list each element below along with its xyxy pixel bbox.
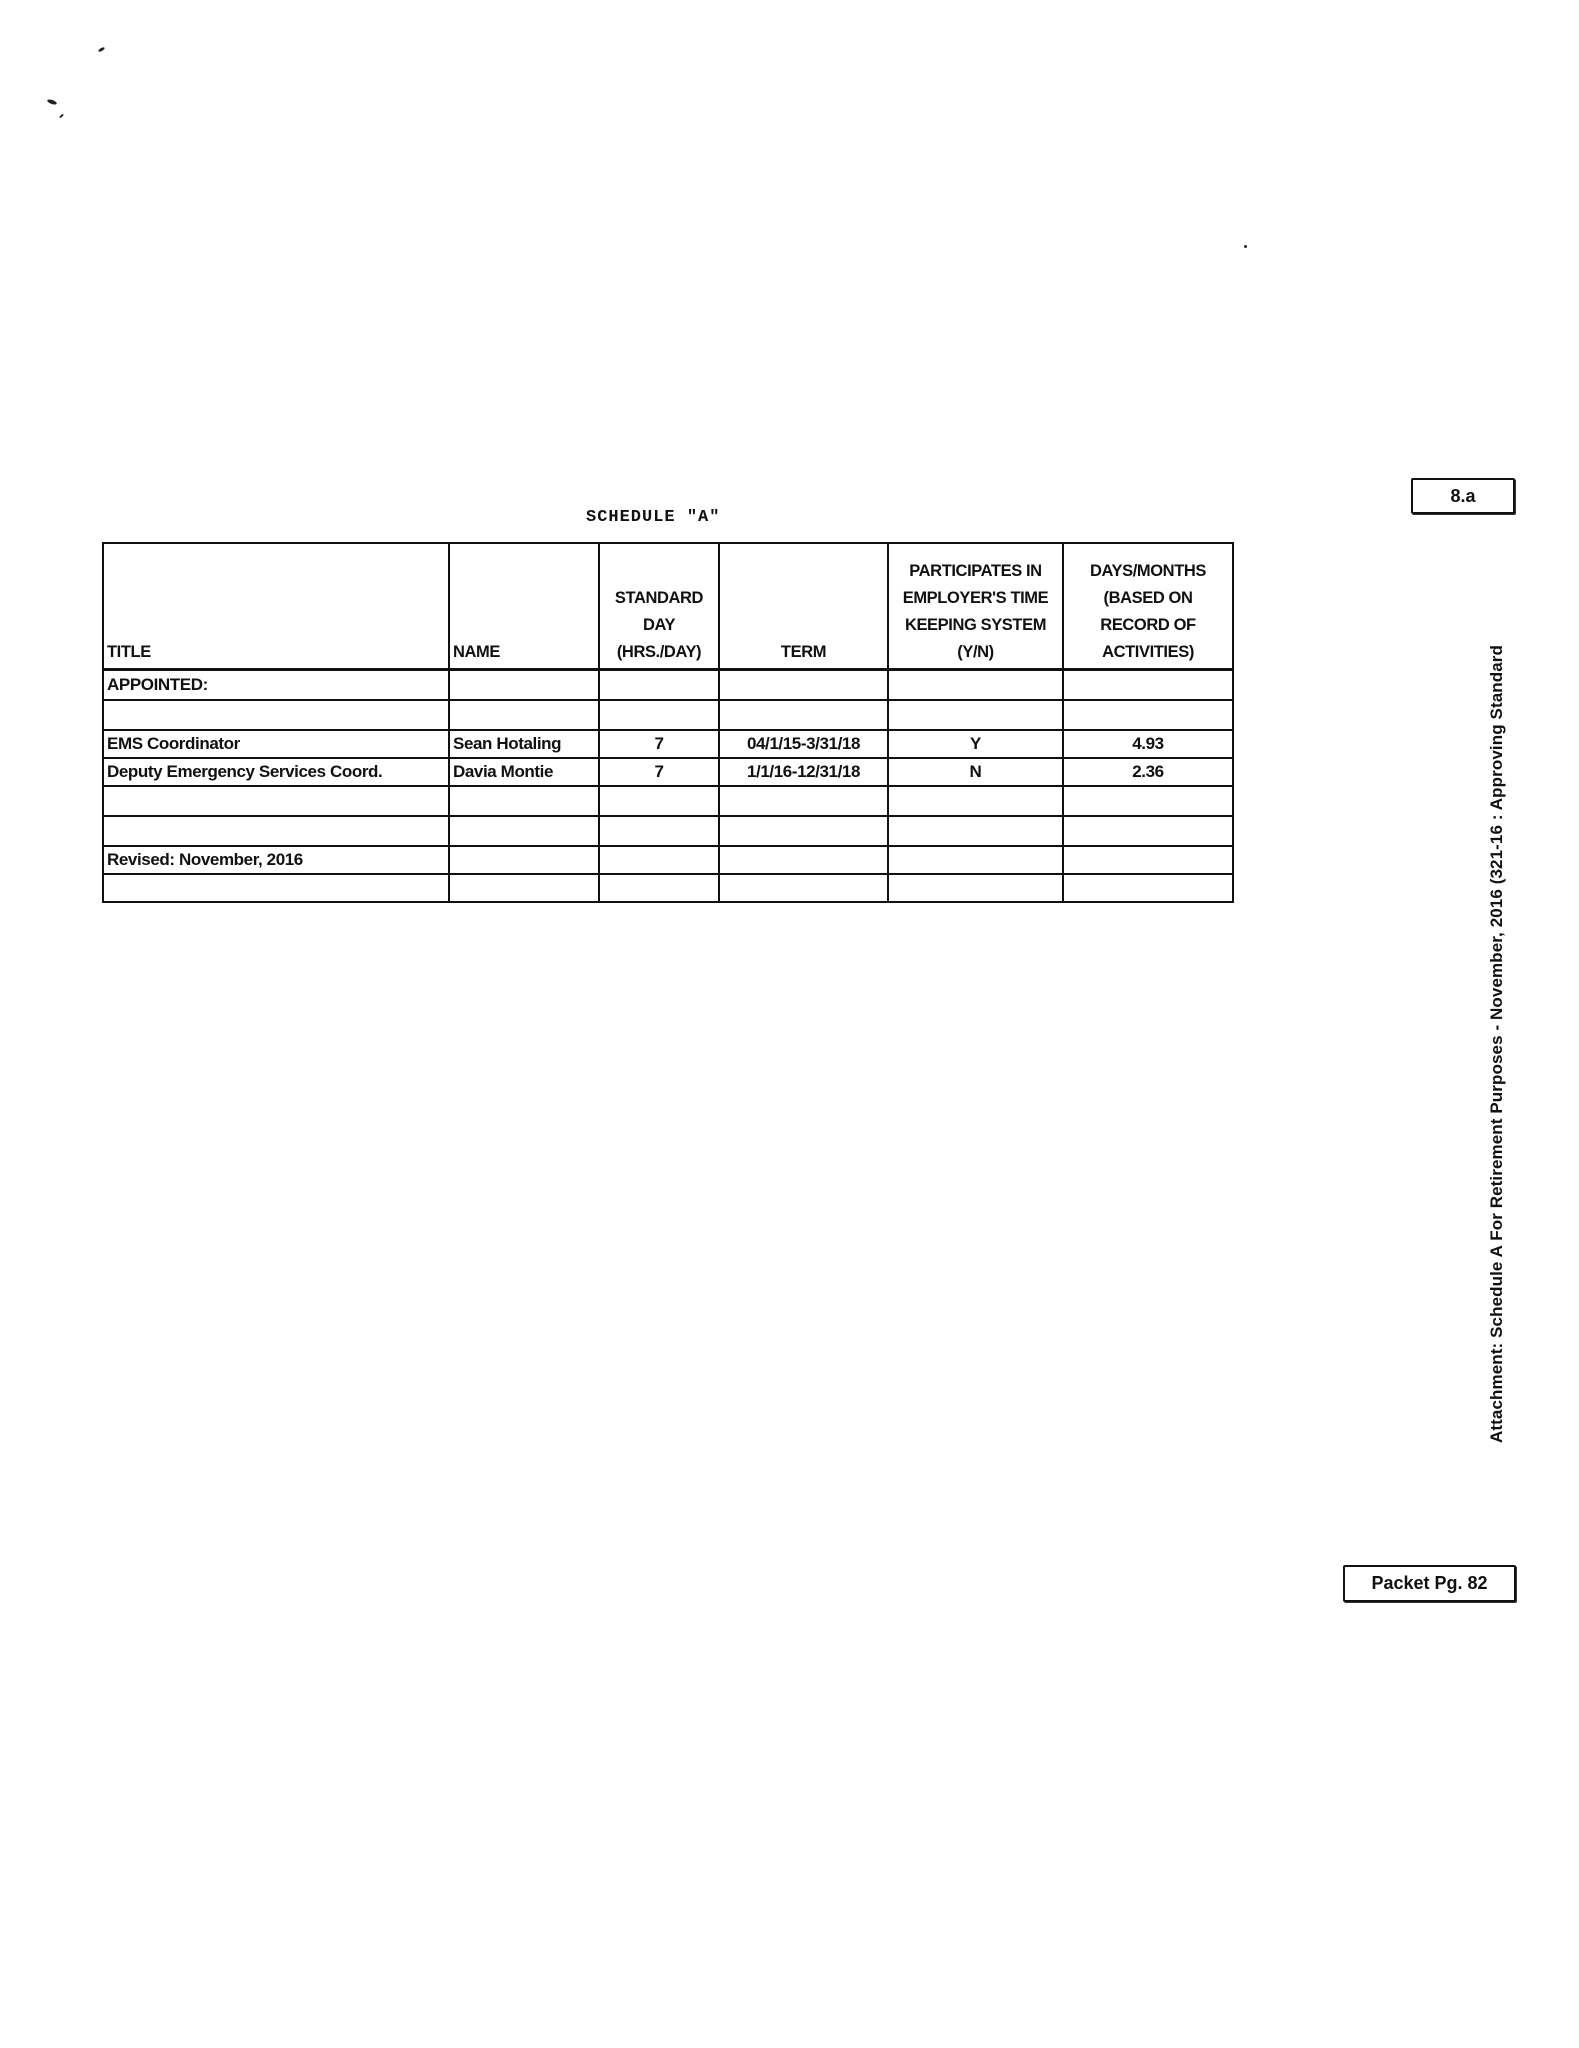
table-row: EMS CoordinatorSean Hotaling704/1/15-3/3… — [103, 730, 1233, 758]
table-row — [103, 874, 1233, 902]
cell-standard-day — [599, 846, 719, 874]
cell-days-months — [1063, 846, 1233, 874]
attachment-caption: Attachment: Schedule A For Retirement Pu… — [1487, 645, 1507, 1443]
cell-participates — [888, 874, 1063, 902]
cell-days-months — [1063, 816, 1233, 846]
cell-title: Deputy Emergency Services Coord. — [103, 758, 449, 786]
cell-standard-day — [599, 786, 719, 816]
table-row — [103, 786, 1233, 816]
cell-title: APPOINTED: — [103, 669, 449, 700]
cell-name — [449, 874, 599, 902]
cell-term — [719, 786, 888, 816]
cell-term: 1/1/16-12/31/18 — [719, 758, 888, 786]
table-row — [103, 816, 1233, 846]
cell-name: Davia Montie — [449, 758, 599, 786]
cell-title — [103, 874, 449, 902]
cell-name — [449, 700, 599, 730]
cell-days-months: 4.93 — [1063, 730, 1233, 758]
header-days-months-line: ACTIVITIES) — [1067, 639, 1229, 666]
header-standard-day: STANDARD DAY (HRS./DAY) — [599, 543, 719, 669]
cell-term: 04/1/15-3/31/18 — [719, 730, 888, 758]
cell-standard-day — [599, 816, 719, 846]
cell-days-months — [1063, 669, 1233, 700]
page-number-badge: Packet Pg. 82 — [1343, 1565, 1516, 1602]
cell-title — [103, 786, 449, 816]
table-body: APPOINTED:EMS CoordinatorSean Hotaling70… — [103, 669, 1233, 902]
header-days-months-line: RECORD OF — [1067, 612, 1229, 639]
table-row — [103, 700, 1233, 730]
cell-name — [449, 669, 599, 700]
cell-name — [449, 786, 599, 816]
scan-speck — [98, 46, 106, 52]
cell-title: Revised: November, 2016 — [103, 846, 449, 874]
cell-standard-day — [599, 874, 719, 902]
table-row: Revised: November, 2016 — [103, 846, 1233, 874]
cell-participates — [888, 846, 1063, 874]
cell-name — [449, 846, 599, 874]
table-row: APPOINTED: — [103, 669, 1233, 700]
cell-days-months: 2.36 — [1063, 758, 1233, 786]
schedule-title: SCHEDULE "A" — [586, 508, 756, 527]
scan-speck — [1244, 245, 1247, 248]
cell-participates: N — [888, 758, 1063, 786]
header-standard-day-line: DAY — [603, 612, 715, 639]
cell-participates — [888, 700, 1063, 730]
header-name: NAME — [449, 543, 599, 669]
cell-standard-day: 7 — [599, 758, 719, 786]
header-standard-day-line: (HRS./DAY) — [603, 639, 715, 666]
cell-participates: Y — [888, 730, 1063, 758]
header-participates-line: KEEPING SYSTEM — [892, 612, 1059, 639]
header-participates-line: PARTICIPATES IN — [892, 558, 1059, 585]
cell-days-months — [1063, 786, 1233, 816]
schedule-table: TITLE NAME STANDARD DAY (HRS./DAY) TERM … — [102, 542, 1234, 903]
cell-term — [719, 846, 888, 874]
header-participates: PARTICIPATES IN EMPLOYER'S TIME KEEPING … — [888, 543, 1063, 669]
header-days-months-line: DAYS/MONTHS — [1067, 558, 1229, 585]
header-days-months-line: (BASED ON — [1067, 585, 1229, 612]
cell-participates — [888, 816, 1063, 846]
cell-participates — [888, 786, 1063, 816]
scan-speck — [59, 114, 64, 119]
cell-term — [719, 816, 888, 846]
cell-title — [103, 816, 449, 846]
header-title: TITLE — [103, 543, 449, 669]
cell-standard-day — [599, 700, 719, 730]
cell-title: EMS Coordinator — [103, 730, 449, 758]
cell-days-months — [1063, 700, 1233, 730]
cell-participates — [888, 669, 1063, 700]
table-row: Deputy Emergency Services Coord.Davia Mo… — [103, 758, 1233, 786]
cell-term — [719, 874, 888, 902]
header-participates-line: (Y/N) — [892, 639, 1059, 666]
section-badge: 8.a — [1411, 478, 1515, 514]
cell-term — [719, 669, 888, 700]
cell-standard-day: 7 — [599, 730, 719, 758]
header-days-months: DAYS/MONTHS (BASED ON RECORD OF ACTIVITI… — [1063, 543, 1233, 669]
cell-name: Sean Hotaling — [449, 730, 599, 758]
header-participates-line: EMPLOYER'S TIME — [892, 585, 1059, 612]
cell-title — [103, 700, 449, 730]
header-term: TERM — [719, 543, 888, 669]
cell-name — [449, 816, 599, 846]
table-header-row: TITLE NAME STANDARD DAY (HRS./DAY) TERM … — [103, 543, 1233, 669]
header-standard-day-line: STANDARD — [603, 585, 715, 612]
cell-standard-day — [599, 669, 719, 700]
scan-speck — [47, 98, 58, 105]
cell-term — [719, 700, 888, 730]
cell-days-months — [1063, 874, 1233, 902]
